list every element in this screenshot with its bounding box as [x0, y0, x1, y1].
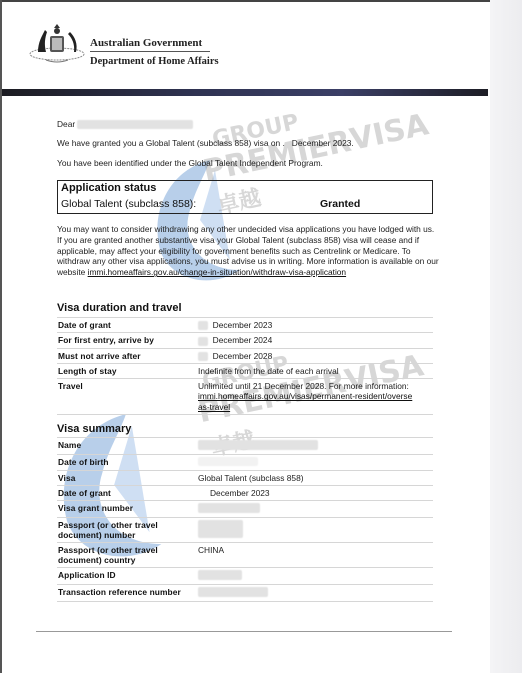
table-row: Travel Unlimited until 21 December 2028.…: [57, 378, 433, 416]
visa-duration-table: Date of grant December 2023 For first en…: [57, 317, 433, 415]
redacted-day: [198, 321, 208, 330]
table-row: Must not arrive after December 2028: [57, 348, 433, 363]
table-row: Passport (or other travel document) numb…: [57, 517, 433, 542]
visa-summary-title: Visa summary: [57, 423, 131, 435]
redacted-value: [198, 440, 318, 450]
table-row: Name: [57, 437, 433, 454]
redacted-value: [198, 503, 260, 513]
redacted-value: [198, 570, 242, 580]
redacted-value: [198, 520, 243, 538]
department-name: Department of Home Affairs: [90, 56, 219, 67]
salutation: Dear: [57, 119, 193, 129]
application-status-box: Application status Global Talent (subcla…: [57, 180, 433, 214]
table-row: Date of birth: [57, 454, 433, 470]
withdraw-link[interactable]: immi.homeaffairs.gov.au/change-in-situat…: [88, 267, 346, 277]
table-row: Date of grant December 2023: [57, 485, 433, 500]
redacted-value: [198, 587, 268, 597]
application-status-visa: Global Talent (subclass 858):: [61, 198, 196, 210]
withdraw-notice: You may want to consider withdrawing any…: [57, 224, 441, 278]
table-row: For first entry, arrive by December 2024: [57, 332, 433, 347]
redacted-day: [198, 352, 208, 361]
redacted-value: [198, 457, 258, 466]
program-sentence: You have been identified under the Globa…: [57, 158, 323, 168]
overseas-travel-link[interactable]: immi.homeaffairs.gov.au/visas/permanent-…: [198, 391, 413, 412]
header-divider: [90, 51, 210, 52]
table-row: Transaction reference number: [57, 584, 433, 602]
header-bar: [2, 89, 488, 96]
visa-summary-table: Name Date of birth Visa Global Talent (s…: [57, 437, 433, 602]
viewer-gutter: [490, 0, 522, 673]
application-status-title: Application status: [61, 182, 156, 194]
application-status-value: Granted: [320, 198, 360, 210]
footer-divider: [36, 631, 452, 632]
grant-sentence: We have granted you a Global Talent (sub…: [57, 138, 354, 148]
agency-name: Australian Government: [90, 37, 202, 49]
table-row: Visa Global Talent (subclass 858): [57, 470, 433, 485]
table-row: Passport (or other travel document) coun…: [57, 542, 433, 567]
redacted-name: [77, 120, 193, 129]
redacted-day: [198, 337, 208, 346]
table-row: Length of stay Indefinite from the date …: [57, 363, 433, 378]
table-row: Application ID: [57, 567, 433, 584]
visa-duration-title: Visa duration and travel: [57, 302, 182, 314]
coat-of-arms-icon: [28, 24, 86, 66]
table-row: Visa grant number: [57, 500, 433, 517]
table-row: Date of grant December 2023: [57, 317, 433, 332]
